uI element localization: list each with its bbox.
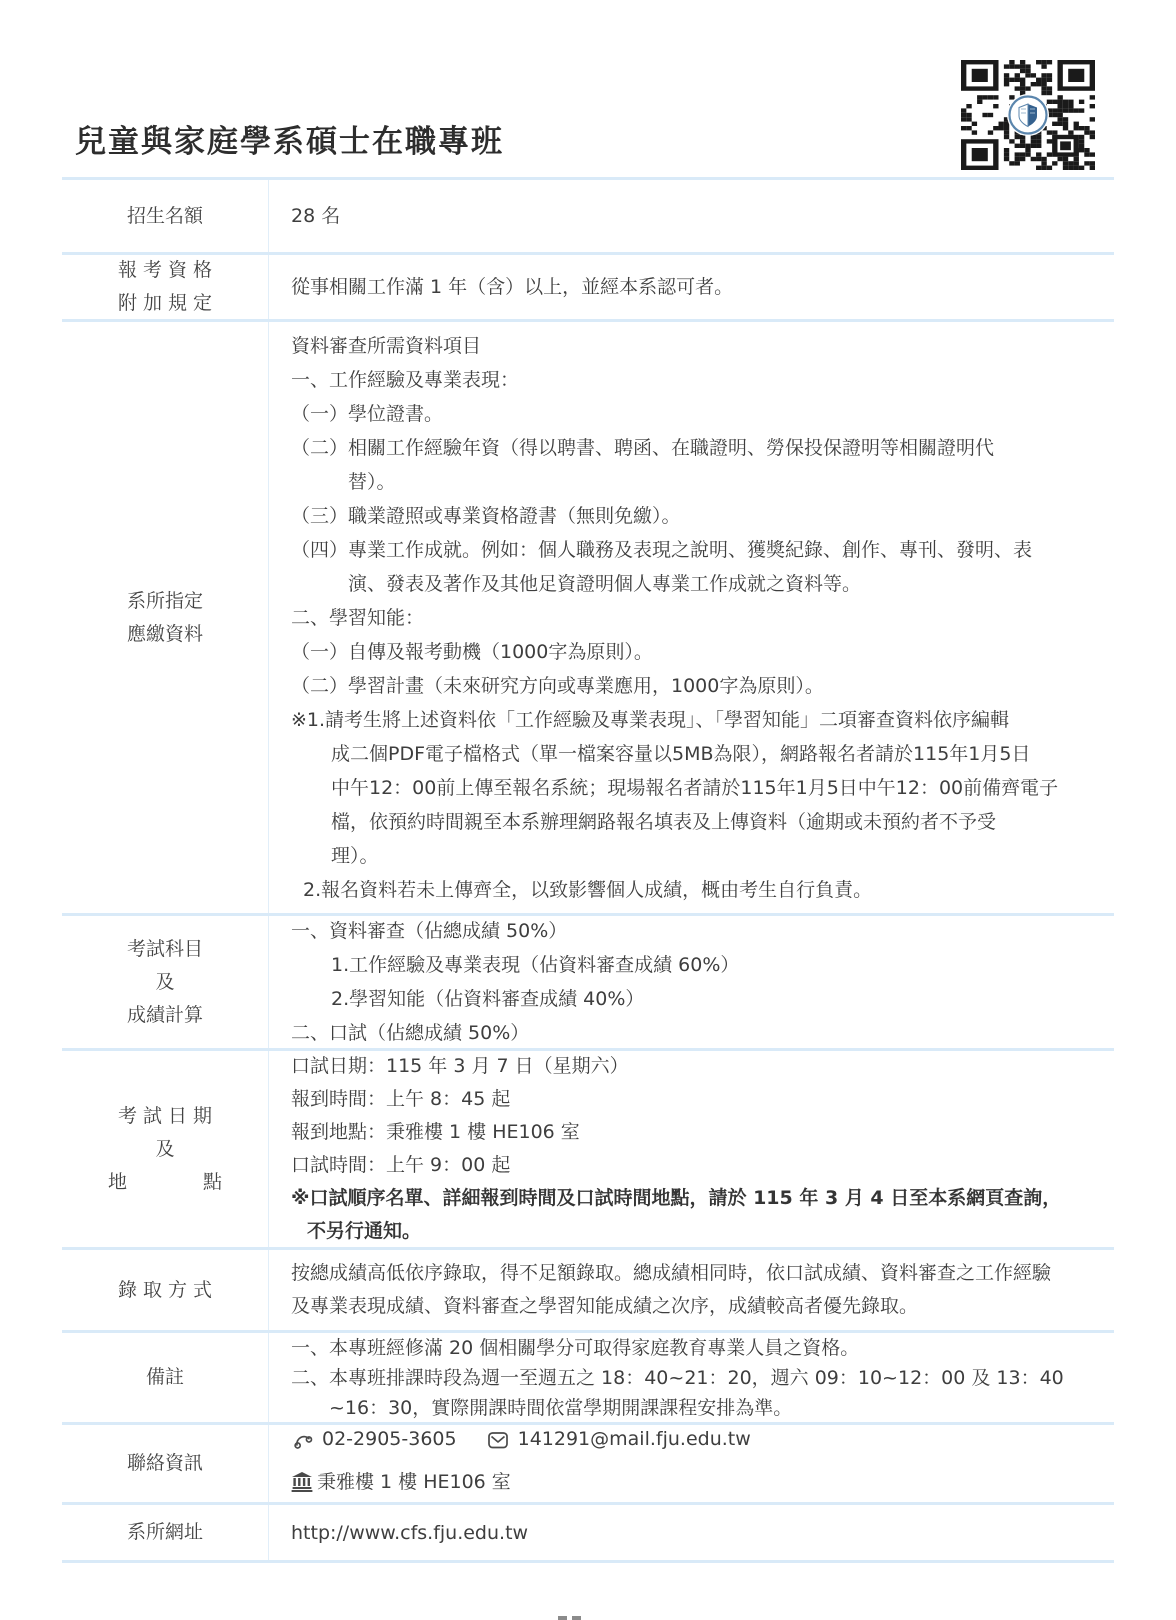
content-line: 中午12：00前上傳至報名系統；現場報名者請於115年1月5日中午12：00前備… — [291, 771, 1114, 805]
content-line: 二、本專班排課時段為週一至週五之 18：40~21：20，週六 09：10~12… — [291, 1363, 1114, 1393]
row-content-exam-schedule: 口試日期：115 年 3 月 7 日（星期六）報到時間：上午 8：45 起報到地… — [268, 1051, 1114, 1247]
row-label-line: 考試科目 — [127, 933, 203, 966]
contact-segment: 秉雅樓 1 樓 HE106 室 — [291, 1464, 511, 1501]
table-row-admission-quota: 招生名額28 名 — [62, 177, 1114, 252]
table-row-website: 系所網址http://www.cfs.fju.edu.tw — [62, 1502, 1114, 1563]
row-label-line: 系所指定 — [127, 585, 203, 618]
qr-code — [961, 60, 1095, 170]
contact-segment: 02-2905-3605 — [291, 1421, 457, 1458]
content-line: 報到時間：上午 8：45 起 — [291, 1083, 1114, 1116]
table-row-required-documents: 系所指定應繳資料資料審查所需資料項目一、工作經驗及專業表現：（一）學位證書。（二… — [62, 319, 1114, 913]
row-label-line: 考 試 日 期 — [118, 1100, 212, 1133]
row-label-line: 備註 — [146, 1361, 184, 1394]
row-label-line: 招生名額 — [127, 200, 203, 233]
content-line: 02-2905-3605141291@mail.fju.edu.tw — [291, 1421, 1114, 1464]
content-line: 2.學習知能（佔資料審查成績 40%） — [291, 982, 1114, 1016]
contact-segment: 141291@mail.fju.edu.tw — [487, 1421, 751, 1458]
row-label-exam-subjects: 考試科目及成績計算 — [62, 916, 268, 1048]
row-label-line: 附 加 規 定 — [118, 287, 212, 320]
content-line: 理）。 — [291, 839, 1114, 873]
row-content-admission-quota: 28 名 — [268, 180, 1114, 252]
contact-text: 02-2905-3605 — [322, 1421, 457, 1458]
content-line: 從事相關工作滿 1 年（含）以上，並經本系認可者。 — [291, 270, 1114, 304]
content-line: （一）學位證書。 — [291, 397, 1114, 431]
content-line: ~16：30，實際開課時間依當學期開課課程安排為準。 — [291, 1393, 1114, 1423]
table-row-remarks: 備註一、本專班經修滿 20 個相關學分可取得家庭教育專業人員之資格。二、本專班排… — [62, 1330, 1114, 1422]
content-line: 二、學習知能： — [291, 601, 1114, 635]
content-line: 口試日期：115 年 3 月 7 日（星期六） — [291, 1050, 1114, 1083]
content-line: 1.工作經驗及專業表現（佔資料審查成績 60%） — [291, 948, 1114, 982]
content-line: 一、本專班經修滿 20 個相關學分可取得家庭教育專業人員之資格。 — [291, 1333, 1114, 1363]
page-title: 兒童與家庭學系碩士在職專班 — [75, 116, 504, 161]
row-label-exam-schedule: 考 試 日 期及地 點 — [62, 1051, 268, 1247]
row-content-exam-subjects: 一、資料審查（佔總成績 50%）1.工作經驗及專業表現（佔資料審查成績 60%）… — [268, 916, 1114, 1048]
row-label-admission-quota: 招生名額 — [62, 180, 268, 252]
phone-icon — [291, 1429, 313, 1451]
row-label-remarks: 備註 — [62, 1333, 268, 1422]
content-line: 口試時間：上午 9：00 起 — [291, 1149, 1114, 1182]
row-label-line: 成績計算 — [127, 999, 203, 1032]
content-line: 一、資料審查（佔總成績 50%） — [291, 914, 1114, 948]
row-content-admission-method: 按總成績高低依序錄取，得不足額錄取。總成績相同時，依口試成績、資料審查之工作經驗… — [268, 1250, 1114, 1330]
row-label-line: 及 — [155, 1133, 174, 1166]
university-emblem-icon — [1007, 94, 1049, 136]
content-line: 資料審查所需資料項目 — [291, 329, 1114, 363]
page-number-digit — [572, 1616, 581, 1620]
content-line: （二）相關工作經驗年資（得以聘書、聘函、在職證明、勞保投保證明等相關證明代 — [291, 431, 1114, 465]
content-line: 28 名 — [291, 199, 1114, 233]
content-line: 替）。 — [291, 465, 1114, 499]
content-line: 報到地點：秉雅樓 1 樓 HE106 室 — [291, 1116, 1114, 1149]
row-label-line: 報 考 資 格 — [118, 254, 212, 287]
row-label-line: 系所網址 — [127, 1516, 203, 1549]
info-table: 招生名額28 名報 考 資 格附 加 規 定從事相關工作滿 1 年（含）以上，並… — [62, 177, 1114, 1563]
content-line: 2.報名資料若未上傳齊全，以致影響個人成績，概由考生自行負責。 — [291, 873, 1114, 907]
content-line: 不另行通知。 — [291, 1215, 1114, 1248]
content-line: （二）學習計畫（未來研究方向或專業應用，1000字為原則）。 — [291, 669, 1114, 703]
content-line: http://www.cfs.fju.edu.tw — [291, 1516, 1114, 1550]
row-content-eligibility: 從事相關工作滿 1 年（含）以上，並經本系認可者。 — [268, 255, 1114, 319]
row-label-eligibility: 報 考 資 格附 加 規 定 — [62, 255, 268, 319]
row-label-admission-method: 錄 取 方 式 — [62, 1250, 268, 1330]
row-label-required-documents: 系所指定應繳資料 — [62, 322, 268, 913]
row-content-remarks: 一、本專班經修滿 20 個相關學分可取得家庭教育專業人員之資格。二、本專班排課時… — [268, 1333, 1114, 1422]
content-line: 檔，依預約時間親至本系辦理網路報名填表及上傳資料（逾期或未預約者不予受 — [291, 805, 1114, 839]
row-label-line: 地 點 — [108, 1166, 222, 1199]
row-label-website: 系所網址 — [62, 1505, 268, 1560]
mail-icon — [487, 1429, 509, 1451]
table-row-exam-schedule: 考 試 日 期及地 點口試日期：115 年 3 月 7 日（星期六）報到時間：上… — [62, 1048, 1114, 1247]
content-line: 二、口試（佔總成績 50%） — [291, 1016, 1114, 1050]
bank-icon — [291, 1471, 313, 1493]
content-line: （一）自傳及報考動機（1000字為原則）。 — [291, 635, 1114, 669]
row-label-line: 應繳資料 — [127, 618, 203, 651]
content-line: ※1.請考生將上述資料依「工作經驗及專業表現」、「學習知能」二項審查資料依序編輯 — [291, 703, 1114, 737]
content-line: 按總成績高低依序錄取，得不足額錄取。總成績相同時，依口試成績、資料審查之工作經驗 — [291, 1257, 1114, 1290]
contact-text: 秉雅樓 1 樓 HE106 室 — [317, 1464, 511, 1501]
table-row-admission-method: 錄 取 方 式按總成績高低依序錄取，得不足額錄取。總成績相同時，依口試成績、資料… — [62, 1247, 1114, 1330]
row-label-line: 及 — [155, 966, 174, 999]
content-line: ※口試順序名單、詳細報到時間及口試時間地點，請於 115 年 3 月 4 日至本… — [291, 1182, 1114, 1215]
row-label-line: 錄 取 方 式 — [118, 1274, 212, 1307]
table-row-eligibility: 報 考 資 格附 加 規 定從事相關工作滿 1 年（含）以上，並經本系認可者。 — [62, 252, 1114, 319]
content-line: 成二個PDF電子檔格式（單一檔案容量以5MB為限），網路報名者請於115年1月5… — [291, 737, 1114, 771]
row-content-website: http://www.cfs.fju.edu.tw — [268, 1505, 1114, 1560]
content-line: 演、發表及著作及其他足資證明個人專業工作成就之資料等。 — [291, 567, 1114, 601]
row-content-contact-info: 02-2905-3605141291@mail.fju.edu.tw秉雅樓 1 … — [268, 1425, 1114, 1502]
content-line: 及專業表現成績、資料審查之學習知能成績之次序，成績較高者優先錄取。 — [291, 1290, 1114, 1323]
contact-text: 141291@mail.fju.edu.tw — [518, 1421, 751, 1458]
content-line: 秉雅樓 1 樓 HE106 室 — [291, 1464, 1114, 1507]
page-number-digit — [558, 1616, 567, 1620]
row-content-required-documents: 資料審查所需資料項目一、工作經驗及專業表現：（一）學位證書。（二）相關工作經驗年… — [268, 322, 1114, 913]
content-line: 一、工作經驗及專業表現： — [291, 363, 1114, 397]
row-label-line: 聯絡資訊 — [127, 1447, 203, 1480]
content-line: （四）專業工作成就。例如：個人職務及表現之說明、獲獎紀錄、創作、專刊、發明、表 — [291, 533, 1114, 567]
content-line: （三）職業證照或專業資格證書（無則免繳）。 — [291, 499, 1114, 533]
row-label-contact-info: 聯絡資訊 — [62, 1425, 268, 1502]
table-row-contact-info: 聯絡資訊02-2905-3605141291@mail.fju.edu.tw秉雅… — [62, 1422, 1114, 1502]
table-row-exam-subjects: 考試科目及成績計算一、資料審查（佔總成績 50%）1.工作經驗及專業表現（佔資料… — [62, 913, 1114, 1048]
